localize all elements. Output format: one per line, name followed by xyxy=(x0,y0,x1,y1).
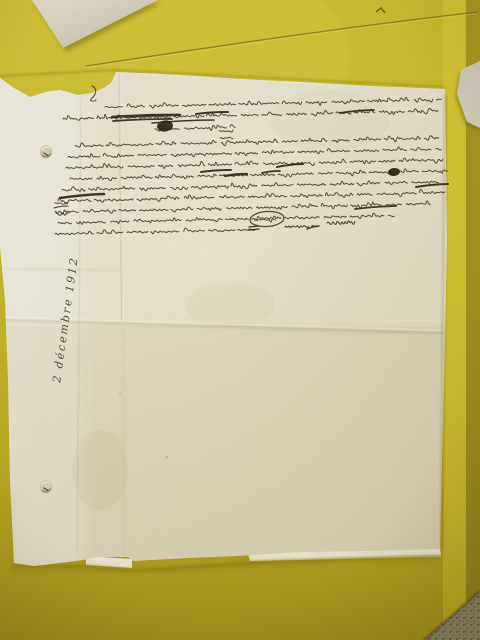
photo-vignette xyxy=(0,0,480,640)
manuscript-photo-canvas: 2 décembre 1912 xyxy=(0,0,480,640)
photo-of-manuscript: 2 décembre 1912 xyxy=(0,0,480,640)
